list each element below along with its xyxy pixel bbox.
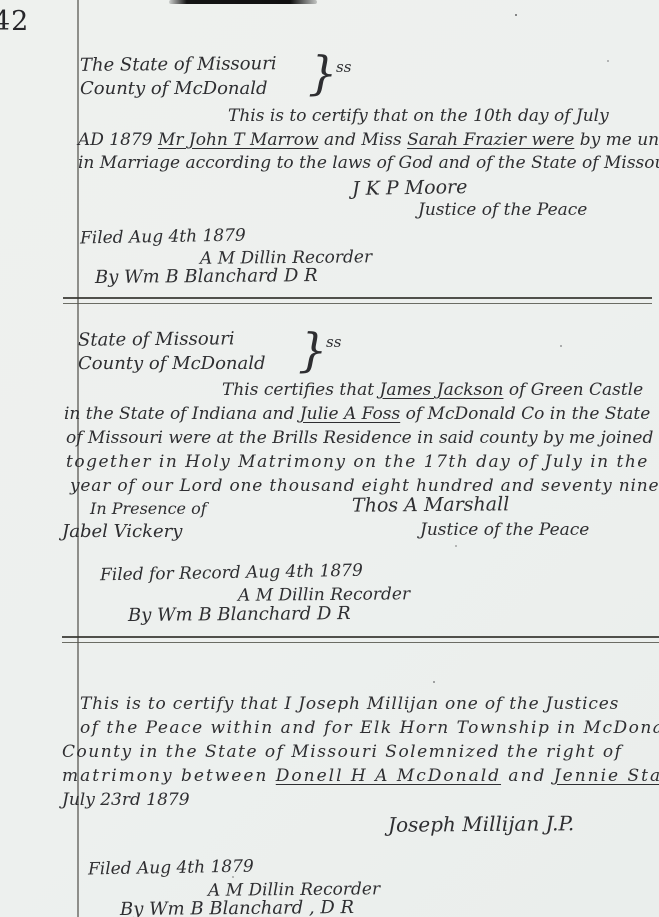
record1-bride-name: Sarah Frazier were — [407, 130, 574, 150]
record2-certify-line-3: of Missouri were at the Brills Residence… — [66, 429, 653, 449]
record1-county-heading: County of McDonald — [80, 79, 268, 100]
record1-justice-title: Justice of the Peace — [418, 201, 587, 221]
record1-certify-line-3: in Marriage according to the laws of God… — [78, 154, 659, 174]
record3-date-line: July 23rd 1879 — [62, 791, 190, 811]
record3-certify-line-3: County in the State of Missouri Solemniz… — [62, 743, 622, 763]
record2-bride-name: Julie A Foss — [300, 404, 400, 424]
record2-justice-signature: Thos A Marshall — [352, 494, 509, 517]
record2-intro-text: This certifies that — [222, 380, 380, 400]
record1-filed-note: Filed Aug 4th 1879 — [80, 227, 246, 249]
record3-filed-note: Filed Aug 4th 1879 — [88, 858, 254, 880]
record1-justice-signature: J K P Moore — [352, 177, 468, 201]
record2-presence-label: In Presence of — [90, 500, 207, 518]
record2-witness-signature: Jabel Vickery — [62, 522, 182, 543]
record2-line2-post: of McDonald Co in the State — [400, 404, 650, 424]
scanned-document-page: 42 The State of Missouri } ss County of … — [0, 0, 659, 917]
record3-certify-line-2: of the Peace within and for Elk Horn Tow… — [80, 719, 659, 739]
record2-line2-pre: in the State of Indiana and — [64, 404, 300, 424]
record2-county-heading: County of McDonald — [78, 354, 266, 375]
record2-certify-line-1: This certifies that James Jackson of Gre… — [222, 381, 643, 401]
scan-specks — [0, 0, 2, 2]
record2-certify-line-4: together in Holy Matrimony on the 17th d… — [66, 453, 649, 473]
record1-certify-line-1: This is to certify that on the 10th day … — [228, 107, 609, 127]
record2-deputy-signature: By Wm B Blanchard D R — [128, 604, 351, 627]
record1-mid-text: and Miss — [319, 130, 407, 150]
scan-edge-artifact — [169, 0, 317, 4]
record1-groom-name: Mr John T Marrow — [158, 130, 319, 150]
record1-deputy-signature: By Wm B Blanchard D R — [95, 266, 318, 289]
record2-line1-post: of Green Castle — [503, 380, 643, 400]
record2-groom-name: James Jackson — [380, 380, 504, 400]
record3-groom-name: Donell H A McDonald — [276, 766, 501, 786]
record-separator-2 — [62, 636, 659, 643]
record3-deputy-signature: By Wm B Blanchard , D R — [120, 898, 354, 917]
record2-state-heading: State of Missouri — [78, 329, 235, 351]
record2-ss-label: ss — [326, 333, 341, 351]
record2-filed-note: Filed for Record Aug 4th 1879 — [100, 562, 363, 586]
record1-brace: } — [308, 50, 337, 96]
record1-ss-label: ss — [336, 58, 351, 76]
record3-certify-line-4: matrimony between Donell H A McDonald an… — [62, 767, 659, 787]
record2-brace: } — [298, 327, 327, 373]
record2-certify-line-2: in the State of Indiana and Julie A Foss… — [64, 405, 650, 425]
page-number: 42 — [0, 6, 29, 37]
record-separator-1 — [63, 297, 652, 304]
record3-justice-signature: Joseph Millijan J.P. — [388, 812, 574, 837]
record3-line4-mid: and — [501, 766, 554, 786]
record3-line4-pre: matrimony between — [62, 766, 276, 786]
record2-justice-title: Justice of the Peace — [420, 521, 589, 541]
record3-certify-line-1: This is to certify that I Joseph Millija… — [80, 695, 619, 715]
record3-bride-name: Jennie Staley — [554, 766, 659, 786]
record1-state-heading: The State of Missouri — [80, 54, 277, 76]
record1-post-text: by me united — [574, 130, 659, 150]
record1-certify-line-2: AD 1879 Mr John T Marrow and Miss Sarah … — [78, 131, 659, 151]
record1-date-prefix: AD 1879 — [78, 130, 158, 150]
